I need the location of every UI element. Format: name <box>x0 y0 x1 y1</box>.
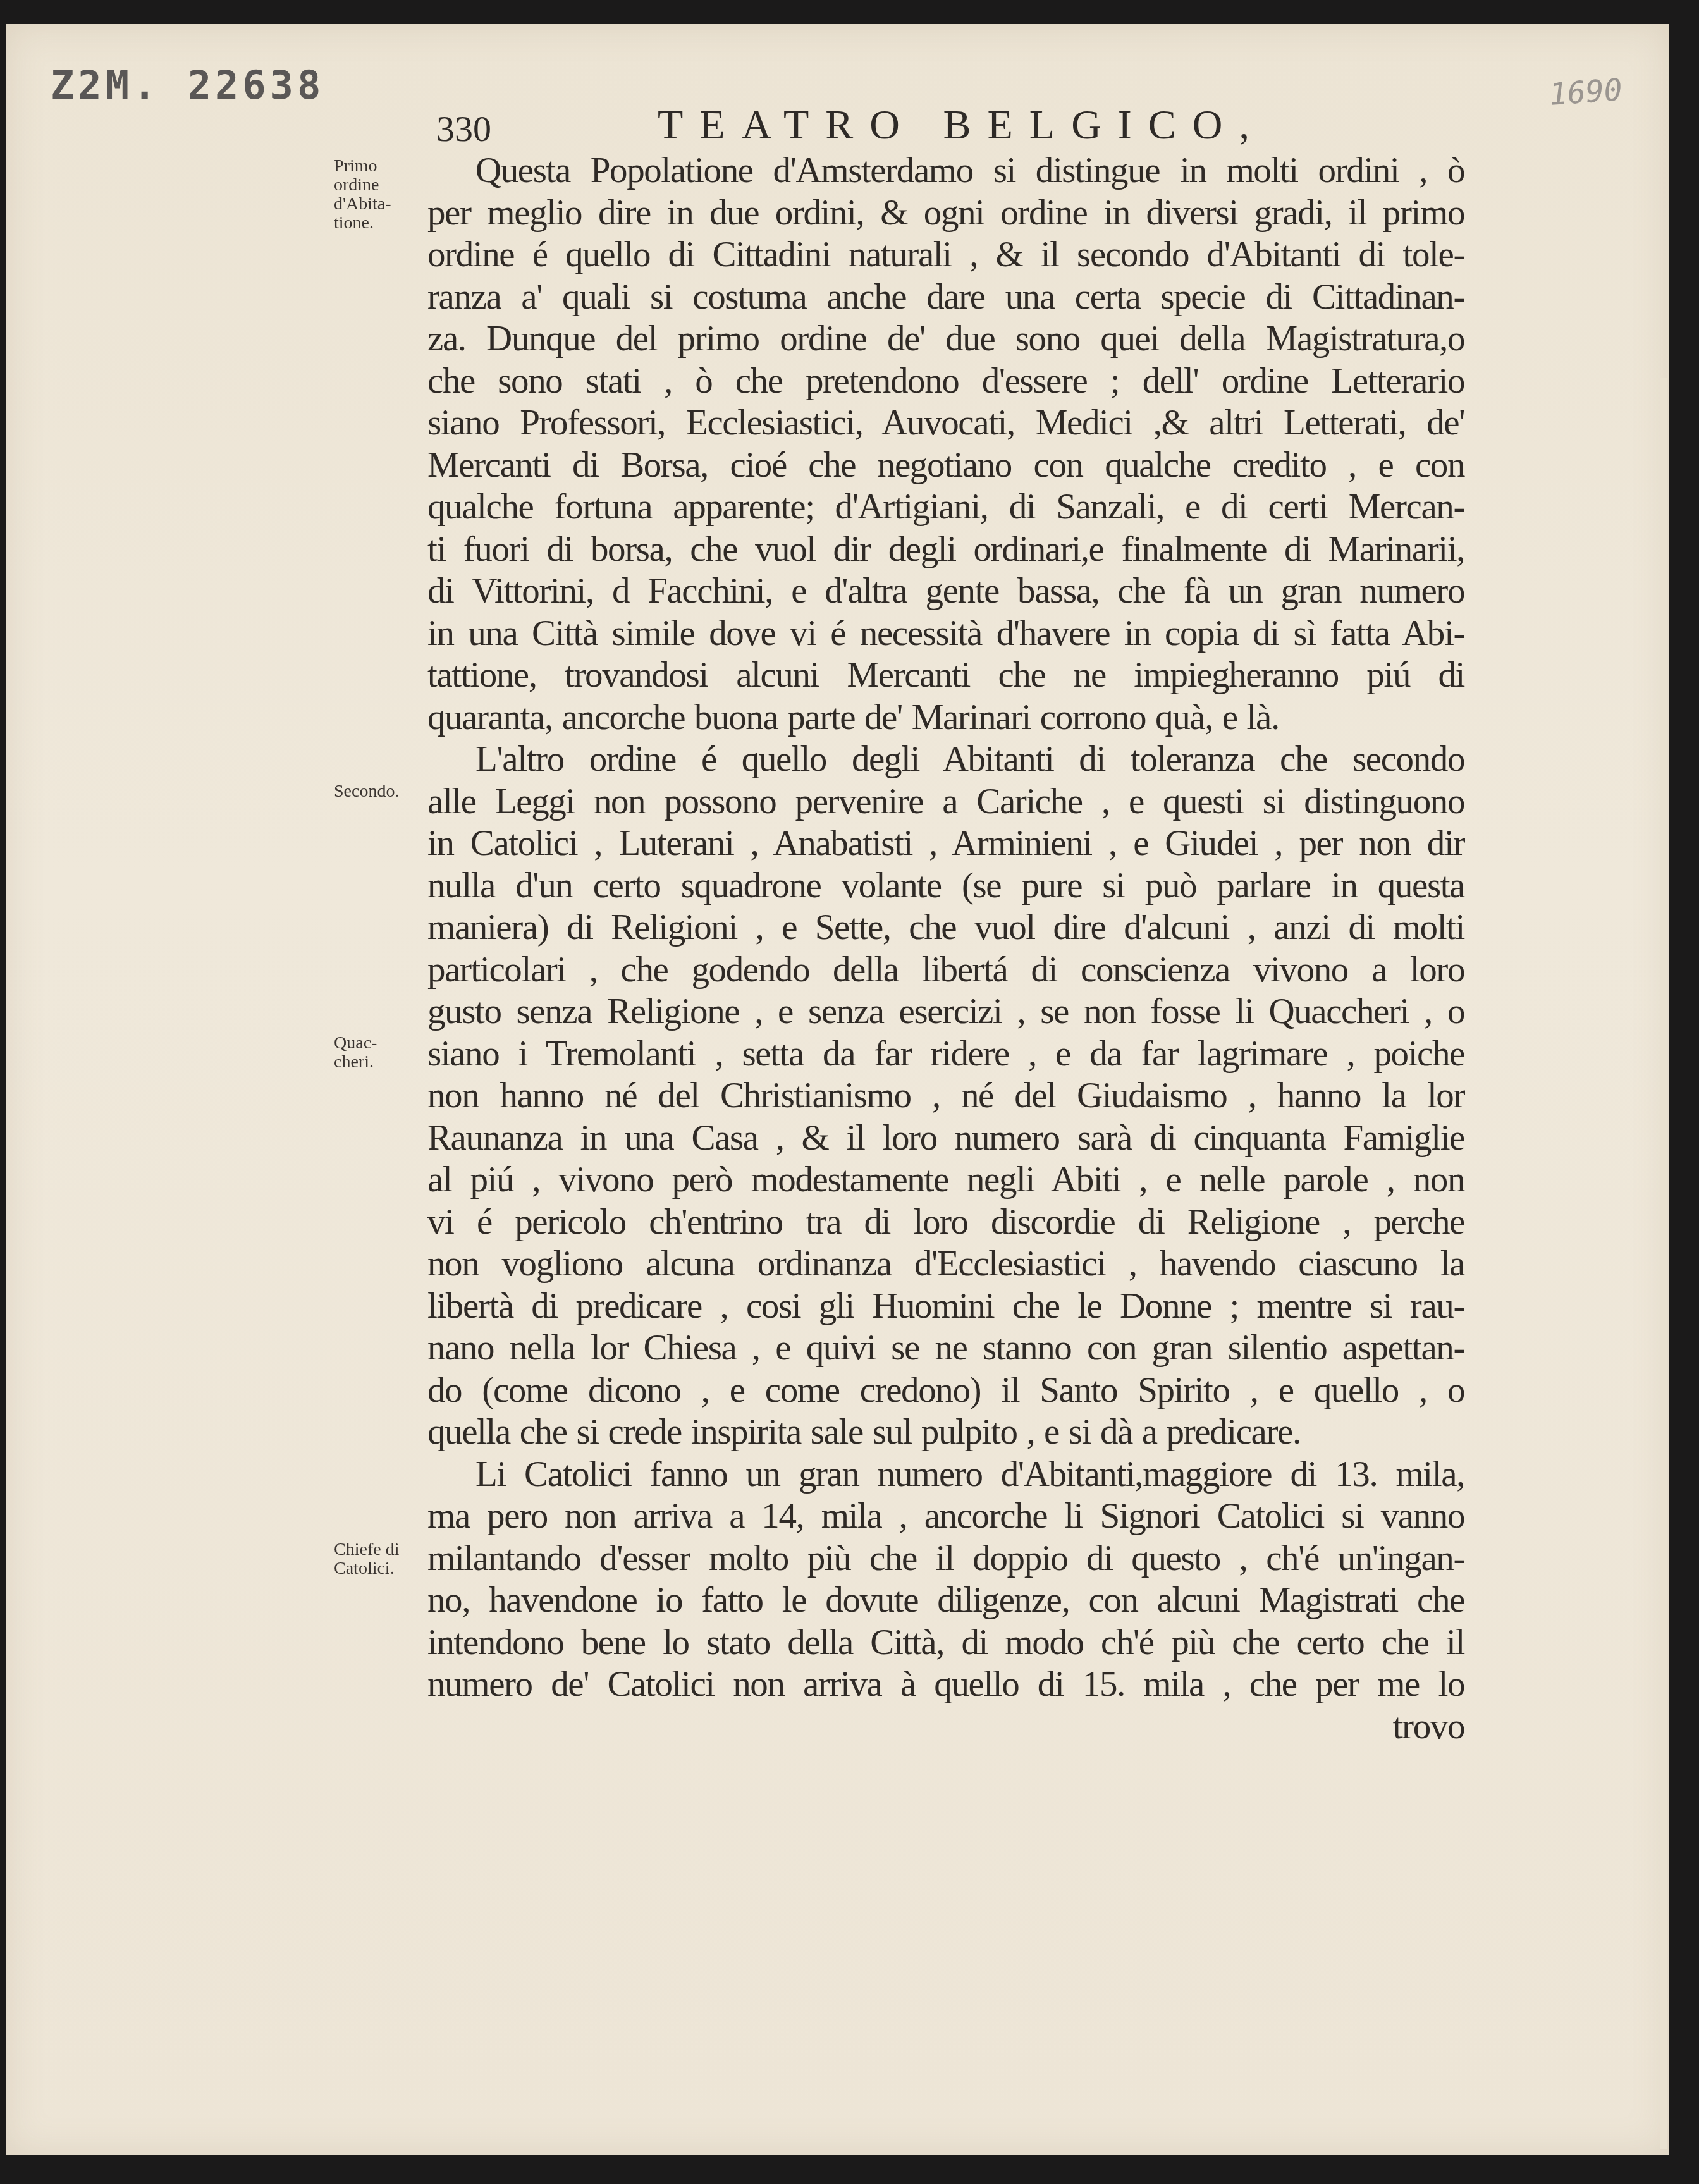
text-line: al piú , vivono però modestamente negli … <box>427 1159 1464 1201</box>
text-line: ordine é quello di Cittadini naturali , … <box>427 234 1464 276</box>
text-line: Li Catolici fanno un gran numero d'Abita… <box>427 1454 1464 1496</box>
text-line: milantando d'esser molto più che il dopp… <box>427 1538 1464 1580</box>
body-text: Questa Popolatione d'Amsterdamo si disti… <box>427 150 1464 1748</box>
text-line: di Vittorini, d Facchini, e d'altra gent… <box>427 570 1464 613</box>
text-line: numero de' Catolici non arriva à quello … <box>427 1664 1464 1706</box>
text-line: nulla d'un certo squadrone volante (se p… <box>427 865 1464 907</box>
text-line: maniera) di Religioni , e Sette, che vuo… <box>427 907 1464 949</box>
text-line: tattione, trovandosi alcuni Mercanti che… <box>427 654 1464 697</box>
text-line: quella che si crede inspirita sale sul p… <box>427 1411 1464 1454</box>
text-line: particolari , che godendo della libertá … <box>427 949 1464 991</box>
text-line: Mercanti di Borsa, cioé che negotiano co… <box>427 445 1464 487</box>
margin-note-chiese-catolici: Chiefe di Catolici. <box>334 1540 399 1578</box>
text-line: intendono bene lo stato della Città, di … <box>427 1622 1464 1664</box>
text-line: libertà di predicare , cosi gli Huomini … <box>427 1285 1464 1328</box>
text-line: nano nella lor Chiesa , e quivi se ne st… <box>427 1327 1464 1370</box>
text-line: Raunanza in una Casa , & il loro numero … <box>427 1117 1464 1160</box>
text-line: alle Leggi non possono pervenire a Caric… <box>427 781 1464 823</box>
text-line: quaranta, ancorche buona parte de' Marin… <box>427 697 1464 739</box>
text-line: no, havendone io fatto le dovute diligen… <box>427 1580 1464 1622</box>
text-line: siano i Tremolanti , setta da far ridere… <box>427 1033 1464 1076</box>
text-line: gusto senza Religione , e senza esercizi… <box>427 991 1464 1033</box>
text-line: Questa Popolatione d'Amsterdamo si disti… <box>427 150 1464 192</box>
text-line: L'altro ordine é quello degli Abitanti d… <box>427 739 1464 781</box>
margin-note-secondo: Secondo. <box>334 782 399 801</box>
text-line: che sono stati , ò che pretendono d'esse… <box>427 360 1464 403</box>
text-line: ranza a' quali si costuma anche dare una… <box>427 276 1464 319</box>
text-line: non vogliono alcuna ordinanza d'Ecclesia… <box>427 1243 1464 1285</box>
text-line: non hanno né del Christianismo , né del … <box>427 1075 1464 1117</box>
text-line: ti fuori di borsa, che vuol dir degli or… <box>427 529 1464 571</box>
text-line: vi é pericolo ch'entrino tra di loro dis… <box>427 1201 1464 1244</box>
shelfmark-annotation: Z2M. 22638 <box>51 62 324 108</box>
date-annotation: 1690 <box>1548 72 1623 113</box>
text-line: in una Città simile dove vi é necessità … <box>427 613 1464 655</box>
page-number: 330 <box>436 107 491 150</box>
margin-note-quaccheri: Quac- cheri. <box>334 1034 377 1072</box>
text-line: za. Dunque del primo ordine de' due sono… <box>427 318 1464 360</box>
catchword: trovo <box>427 1706 1464 1748</box>
text-line: qualche fortuna apparente; d'Artigiani, … <box>427 486 1464 529</box>
margin-note-primo-ordine: Primo ordine d'Abita- tione. <box>334 157 391 233</box>
text-line: do (come dicono , e come credono) il San… <box>427 1370 1464 1412</box>
running-head: TEATRO BELGICO, <box>658 101 1266 149</box>
text-line: per meglio dire in due ordini, & ogni or… <box>427 192 1464 235</box>
text-line: siano Professori, Ecclesiastici, Auvocat… <box>427 402 1464 445</box>
text-line: in Catolici , Luterani , Anabatisti , Ar… <box>427 823 1464 865</box>
text-line: ma pero non arriva a 14, mila , ancorche… <box>427 1495 1464 1538</box>
